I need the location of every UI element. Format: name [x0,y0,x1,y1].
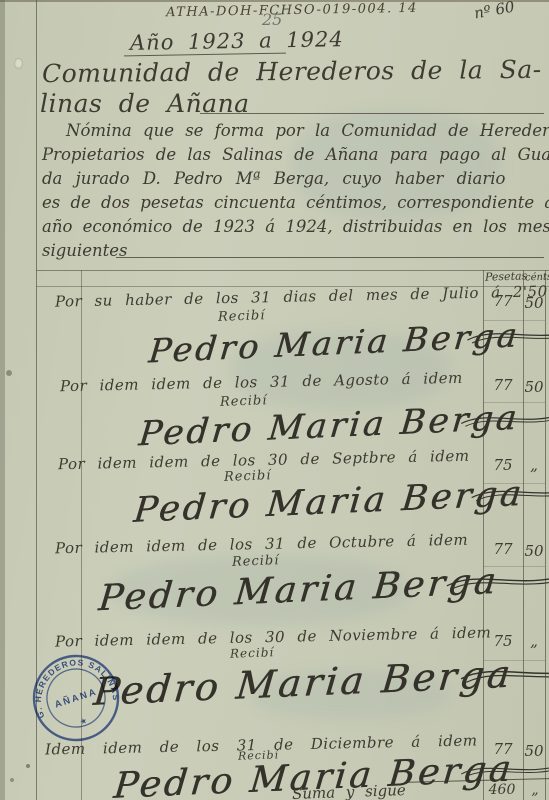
entry-received-label: Recibí [220,393,268,410]
signature-flourish [458,407,549,432]
intro-line: año económico de 1923 á 1924, distribuid… [42,217,549,236]
amount-centimos: „ [524,632,544,650]
signature-flourish [456,657,549,689]
entry-received-label: Recibí [218,308,266,325]
year-title: Año 1923 a 1924 [130,27,344,55]
punch-hole [14,58,23,69]
signature-flourish [442,566,549,596]
amount-centimos: 50 [524,742,544,760]
entry-received-label: Recibí [230,645,275,661]
amount-pesetas: 77 [486,376,520,394]
amount-pesetas: 77 [486,292,520,310]
punch-hole [26,764,30,768]
top-edge-shadow [0,0,549,2]
archive-reference: ATHA-DOH-FCHSO-019-004. 14 [166,1,418,20]
sum-pesetas: 460 [484,782,520,798]
intro-line: Propietarios de las Salinas de Añana par… [42,145,549,164]
column-header-pesetas: Pesetas [485,269,528,283]
intro-line: es de dos pesetas cincuenta céntimos, co… [42,193,549,212]
signature-flourish [468,478,549,507]
manuscript-page: ATHA-DOH-FCHSO-019-004. 14 25 nº 60 Año … [0,0,549,800]
entry-signature: Pedro Maria Berga [132,471,549,531]
amount-pesetas: 77 [486,540,520,558]
pencil-page-number: 25 [262,10,282,29]
signature-flourish [463,322,549,349]
amount-centimos: 50 [524,294,544,312]
amount-pesetas: 75 [486,456,520,474]
sum-centimos: „ [526,782,544,798]
entry-received-label: Recibí [232,553,280,570]
punch-hole [10,778,14,782]
sum-label: Suma y sigue [292,781,406,800]
amount-centimos: 50 [524,378,544,396]
intro-line: da jurado D. Pedro Mª Berga, cuyo haber … [42,169,505,188]
heading-line1: Comunidad de Herederos de la Sa- [42,55,542,88]
signature-text: Pedro Maria Berga [92,652,515,714]
punch-hole [6,370,12,376]
table-top-rule [36,270,549,271]
intro-line: Nómina que se forma por la Comunidad de … [66,121,549,140]
intro-underline [116,257,544,258]
signature-text: Pedro Maria Berga [132,474,526,531]
stamp-center-text: AÑANA [53,686,99,710]
intro-line: siguientes [42,241,127,260]
heading-underline [200,113,544,114]
amount-pesetas: 77 [486,740,520,758]
amount-pesetas: 75 [486,632,520,650]
amount-centimos: 50 [524,542,544,560]
entry-received-label: Recibí [224,468,272,485]
signature-flourish [457,756,549,783]
amount-centimos: „ [524,456,544,474]
left-edge-shadow [0,0,5,800]
corner-number: nº 60 [473,0,516,22]
